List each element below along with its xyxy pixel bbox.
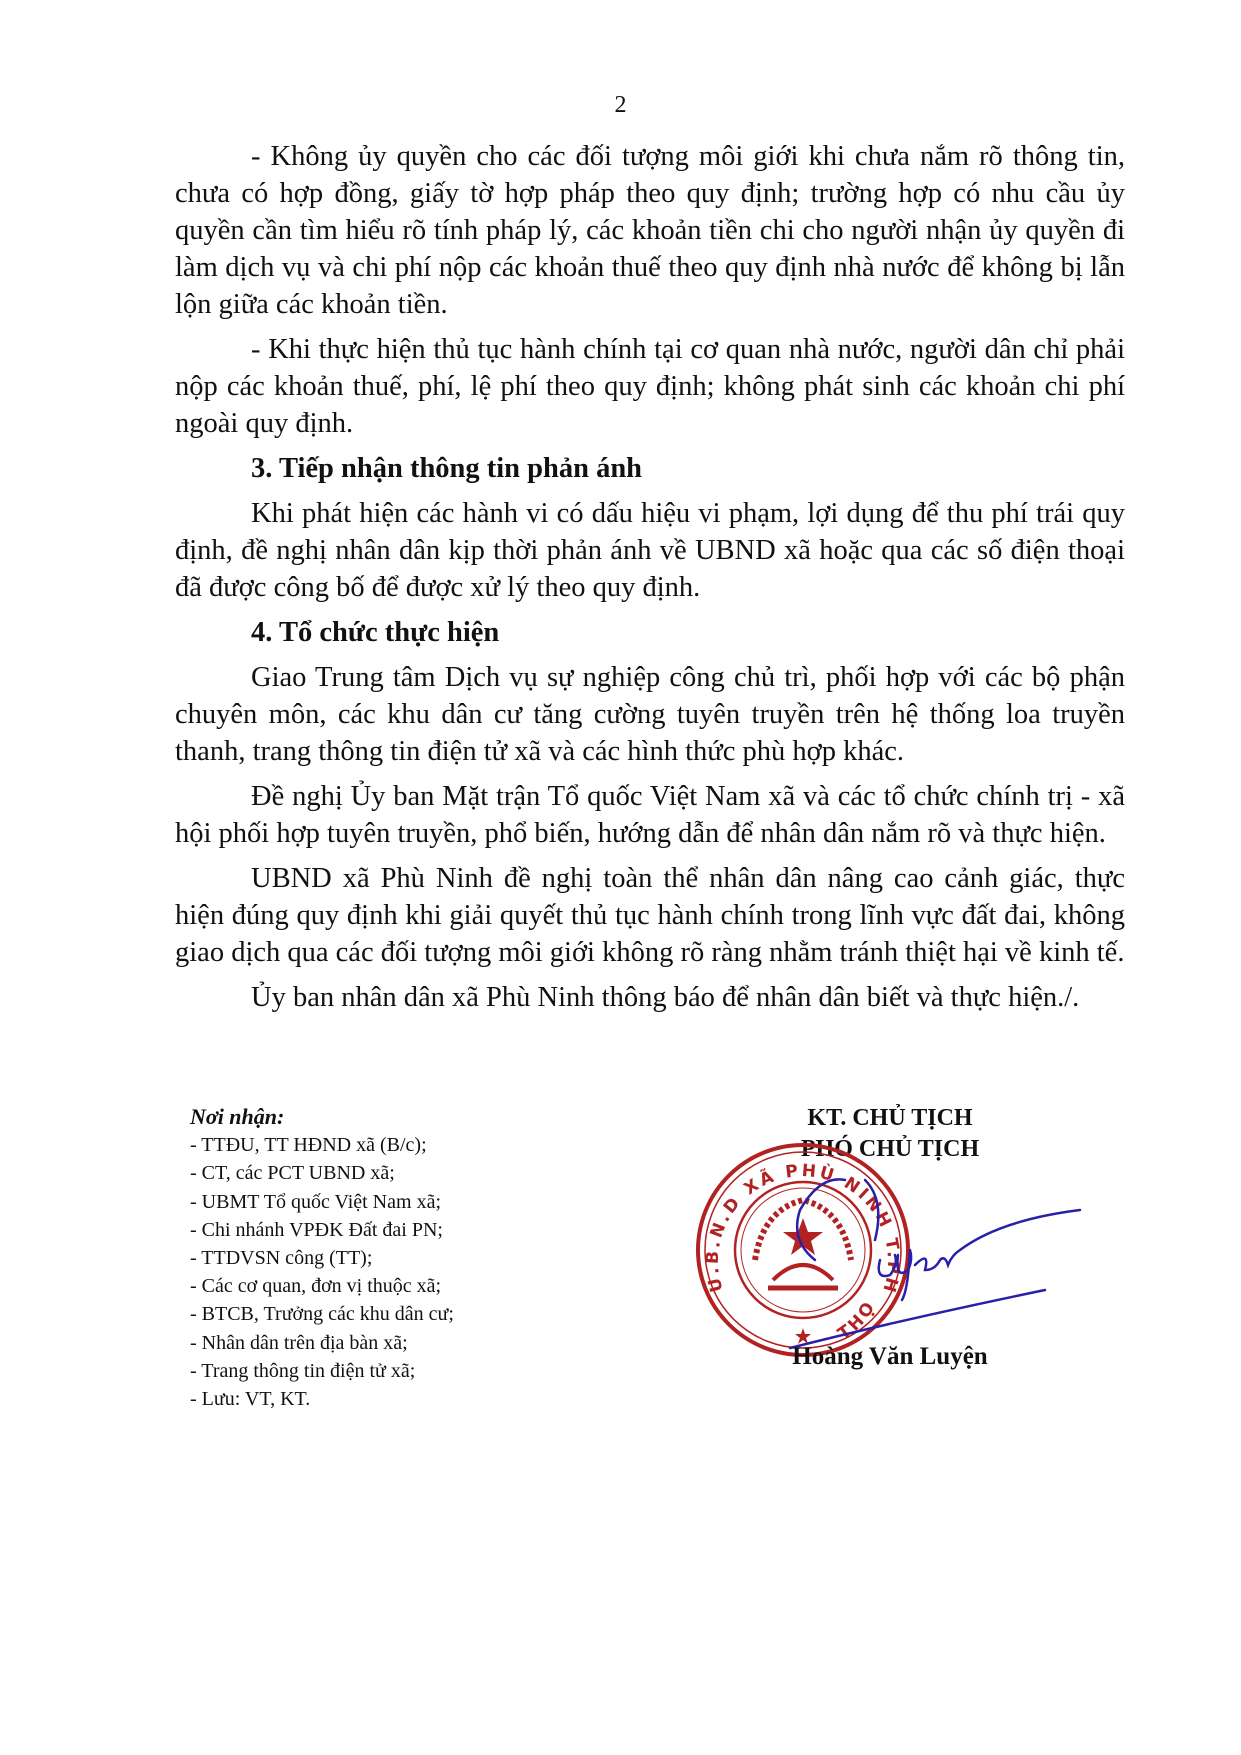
- recipients-title: Nơi nhận:: [190, 1103, 454, 1131]
- signature-title-line1: KT. CHỦ TỊCH: [690, 1103, 1090, 1134]
- handwritten-signature-icon: Luyen: [780, 1170, 1110, 1370]
- paragraph-fees: - Khi thực hiện thủ tục hành chính tại c…: [175, 331, 1125, 442]
- document-body: - Không ủy quyền cho các đối tượng môi g…: [175, 138, 1125, 1024]
- closing-statement: Ủy ban nhân dân xã Phù Ninh thông báo để…: [175, 979, 1125, 1016]
- recipient-item: - BTCB, Trưởng các khu dân cư;: [190, 1300, 454, 1328]
- recipient-item: - Nhân dân trên địa bàn xã;: [190, 1329, 454, 1357]
- recipient-item: - Trang thông tin điện tử xã;: [190, 1357, 454, 1385]
- recipient-item: - Các cơ quan, đơn vị thuộc xã;: [190, 1272, 454, 1300]
- page-number: 2: [0, 92, 1241, 119]
- recipient-item: - Lưu: VT, KT.: [190, 1385, 454, 1413]
- recipient-item: - TTDVSN công (TT);: [190, 1244, 454, 1272]
- section-3-heading: 3. Tiếp nhận thông tin phản ánh: [175, 450, 1125, 487]
- section-3-text: Khi phát hiện các hành vi có dấu hiệu vi…: [175, 495, 1125, 606]
- section-4-heading: 4. Tổ chức thực hiện: [175, 614, 1125, 651]
- paragraph-authorization: - Không ủy quyền cho các đối tượng môi g…: [175, 138, 1125, 323]
- recipient-item: - Chi nhánh VPĐK Đất đai PN;: [190, 1216, 454, 1244]
- section-4-paragraph: UBND xã Phù Ninh đề nghị toàn thể nhân d…: [175, 860, 1125, 971]
- signature-scrawl: Luyen: [889, 1274, 893, 1276]
- section-4-paragraph: Đề nghị Ủy ban Mặt trận Tổ quốc Việt Nam…: [175, 778, 1125, 852]
- recipients-list: Nơi nhận: - TTĐU, TT HĐND xã (B/c); - CT…: [190, 1103, 454, 1413]
- recipient-item: - UBMT Tổ quốc Việt Nam xã;: [190, 1188, 454, 1216]
- recipient-item: - CT, các PCT UBND xã;: [190, 1159, 454, 1187]
- recipient-item: - TTĐU, TT HĐND xã (B/c);: [190, 1131, 454, 1159]
- signer-name: Hoàng Văn Luyện: [690, 1343, 1090, 1371]
- section-4-paragraph: Giao Trung tâm Dịch vụ sự nghiệp công ch…: [175, 659, 1125, 770]
